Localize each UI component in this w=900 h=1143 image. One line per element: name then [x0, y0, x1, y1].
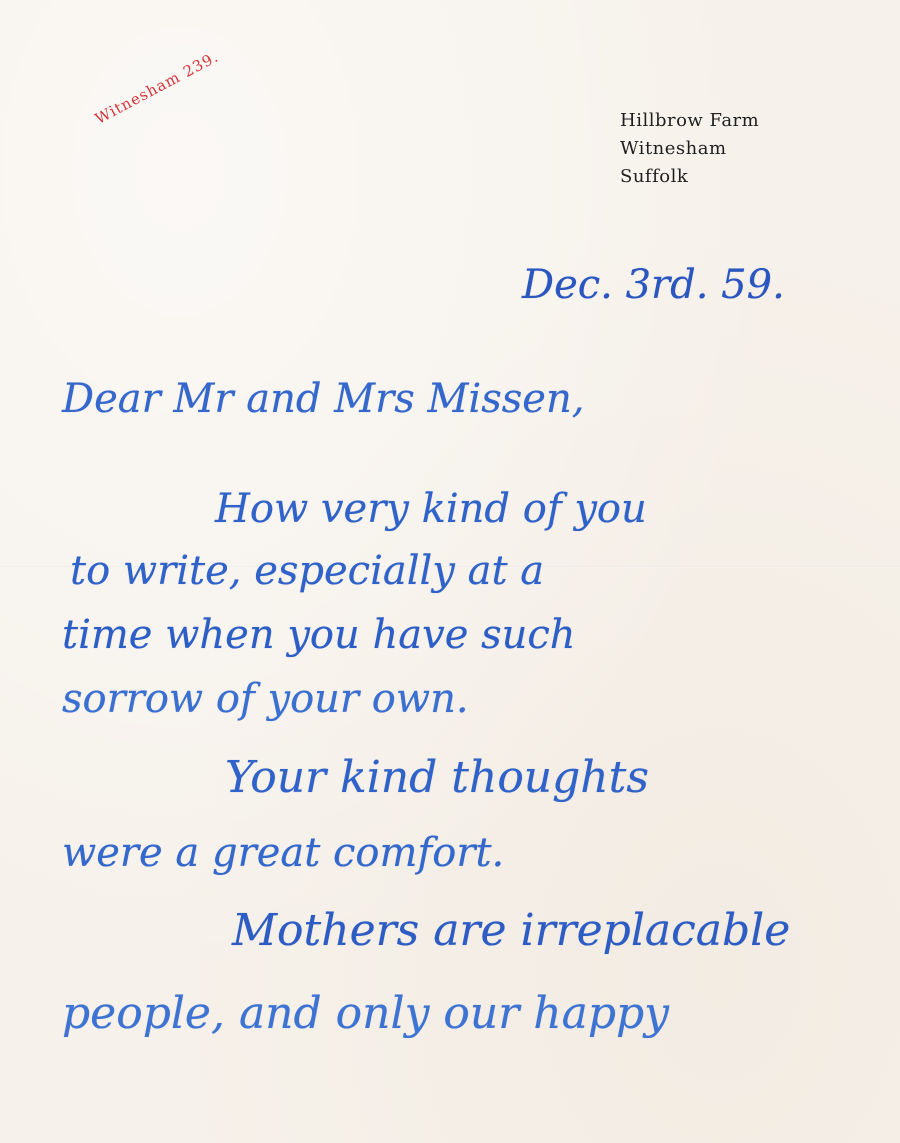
body-line: sorrow of your own. — [62, 676, 469, 722]
letterhead-line-farm: Hillbrow Farm — [620, 107, 759, 135]
letter-salutation: Dear Mr and Mrs Missen, — [62, 376, 584, 422]
body-line: Mothers are irreplacable — [232, 905, 790, 956]
telephone-stamp: Witnesham 239. — [92, 48, 222, 128]
body-line: time when you have such — [62, 612, 576, 658]
body-line: were a great comfort. — [62, 830, 504, 876]
letter-date: Dec. 3rd. 59. — [522, 262, 785, 308]
letter-page: Witnesham 239. Hillbrow Farm Witnesham S… — [0, 0, 900, 1143]
letterhead-address: Hillbrow Farm Witnesham Suffolk — [620, 107, 759, 191]
body-line: people, and only our happy — [62, 988, 669, 1039]
letterhead-line-village: Witnesham — [620, 135, 759, 163]
body-line: to write, especially at a — [70, 548, 544, 594]
body-line: How very kind of you — [215, 486, 647, 532]
body-line: Your kind thoughts — [225, 752, 649, 803]
letterhead-line-county: Suffolk — [620, 163, 759, 191]
